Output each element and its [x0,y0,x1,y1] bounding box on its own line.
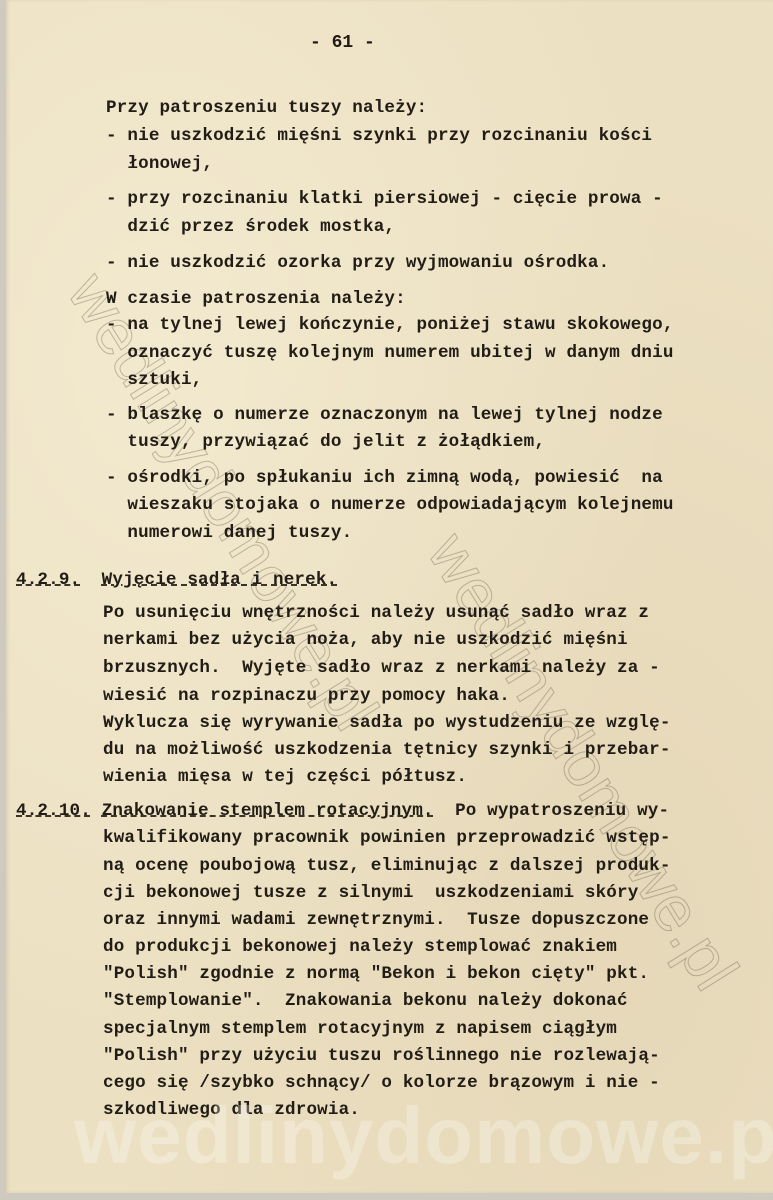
section-4-2-10-line-1: kwalifikowany pracownik powinien przepro… [103,828,671,848]
section-4-2-9-line-6: du na możliwość uszkodzenia tętnicy szyn… [103,740,671,760]
during-item-3-line-2: wieszaku stojaka o numerze odpowiadający… [106,495,674,515]
during-heading: W czasie patroszenia należy: [106,289,406,309]
section-4-2-9-line-4: wiesić na rozpinaczu przy pomocy haka. [103,686,510,706]
section-4-2-9-line-1: Po usunięciu wnętrzności należy usunąć s… [103,603,649,623]
diagonal-watermark-right: wedlinydomowe.pl [413,520,753,1003]
during-item-2-line-1: - blaszkę o numerze oznaczonym na lewej … [106,405,663,425]
intro-heading: Przy patroszeniu tuszy należy: [106,98,427,118]
section-number: 4.2.9. [16,570,80,590]
during-item-1-line-2: oznaczyć tuszę kolejnym numerem ubitej w… [106,343,674,363]
during-item-1-line-1: - na tylnej lewej kończynie, poniżej sta… [106,315,674,335]
section-4-2-10-line-2: ną ocenę poubojową tusz, eliminując z da… [103,856,671,876]
intro-item-2-line-1: - przy rozcinaniu klatki piersiowej - ci… [106,189,663,209]
section-4-2-9-line-7: wienia mięsa w tej części półtusz. [103,767,467,787]
bottom-watermark: wedlinydomowe.pl [74,1090,773,1182]
during-item-1-line-3: sztuki, [106,370,202,390]
section-4-2-10-line-5: do produkcji bekonowej należy stemplować… [103,937,617,957]
section-4-2-9-line-5: Wyklucza się wyrywanie sadła po wystudze… [103,713,671,733]
section-4-2-10-line-7: "Stemplowanie". Znakowania bekonu należy… [103,991,628,1011]
intro-item-2-line-2: dzić przez środek mostka, [106,217,395,237]
section-4-2-10-line-3: cji bekonowej tusze z silnymi uszkodzeni… [103,883,638,903]
section-4-2-10-line-9: "Polish" przy użyciu tuszu roślinnego ni… [103,1046,660,1066]
document-page: wedlinydomowe.pl wedlinydomowe.pl - 61 -… [6,0,773,1193]
section-title: Wyjęcie sadła i nerek. [102,570,338,590]
intro-item-1-line-2: łonowej, [106,154,213,174]
section-title: Znakowanie stemplem rotacyjnym. [102,801,434,821]
section-4-2-10-heading: 4.2.10. Znakowanie stemplem rotacyjnym. … [16,801,669,821]
page-number: - 61 - [310,33,375,53]
during-item-2-line-2: tuszy, przywiązać do jelit z żołądkiem, [106,432,545,452]
section-first-line-text: Po wypatroszeniu wy- [455,801,669,821]
section-4-2-9-line-3: brzusznych. Wyjęte sadło wraz z nerkami … [103,658,660,678]
section-number: 4.2.10. [16,801,91,821]
section-4-2-10-line-4: oraz innymi wadami zewnętrznymi. Tusze d… [103,910,649,930]
intro-item-3-line-1: - nie uszkodzić ozorka przy wyjmowaniu o… [106,253,609,273]
section-4-2-9-line-2: nerkami bez użycia noża, aby nie uszkodz… [103,630,628,650]
intro-item-1-line-1: - nie uszkodzić mięśni szynki przy rozci… [106,126,652,146]
section-4-2-10-line-8: specjalnym stemplem rotacyjnym z napisem… [103,1019,617,1039]
during-item-3-line-3: numerowi danej tuszy. [106,523,352,543]
section-4-2-9-heading: 4.2.9. Wyjęcie sadła i nerek. [16,570,337,590]
section-4-2-10-line-6: "Polish" zgodnie z normą "Bekon i bekon … [103,964,649,984]
during-item-3-line-1: - ośrodki, po spłukaniu ich zimną wodą, … [106,468,663,488]
